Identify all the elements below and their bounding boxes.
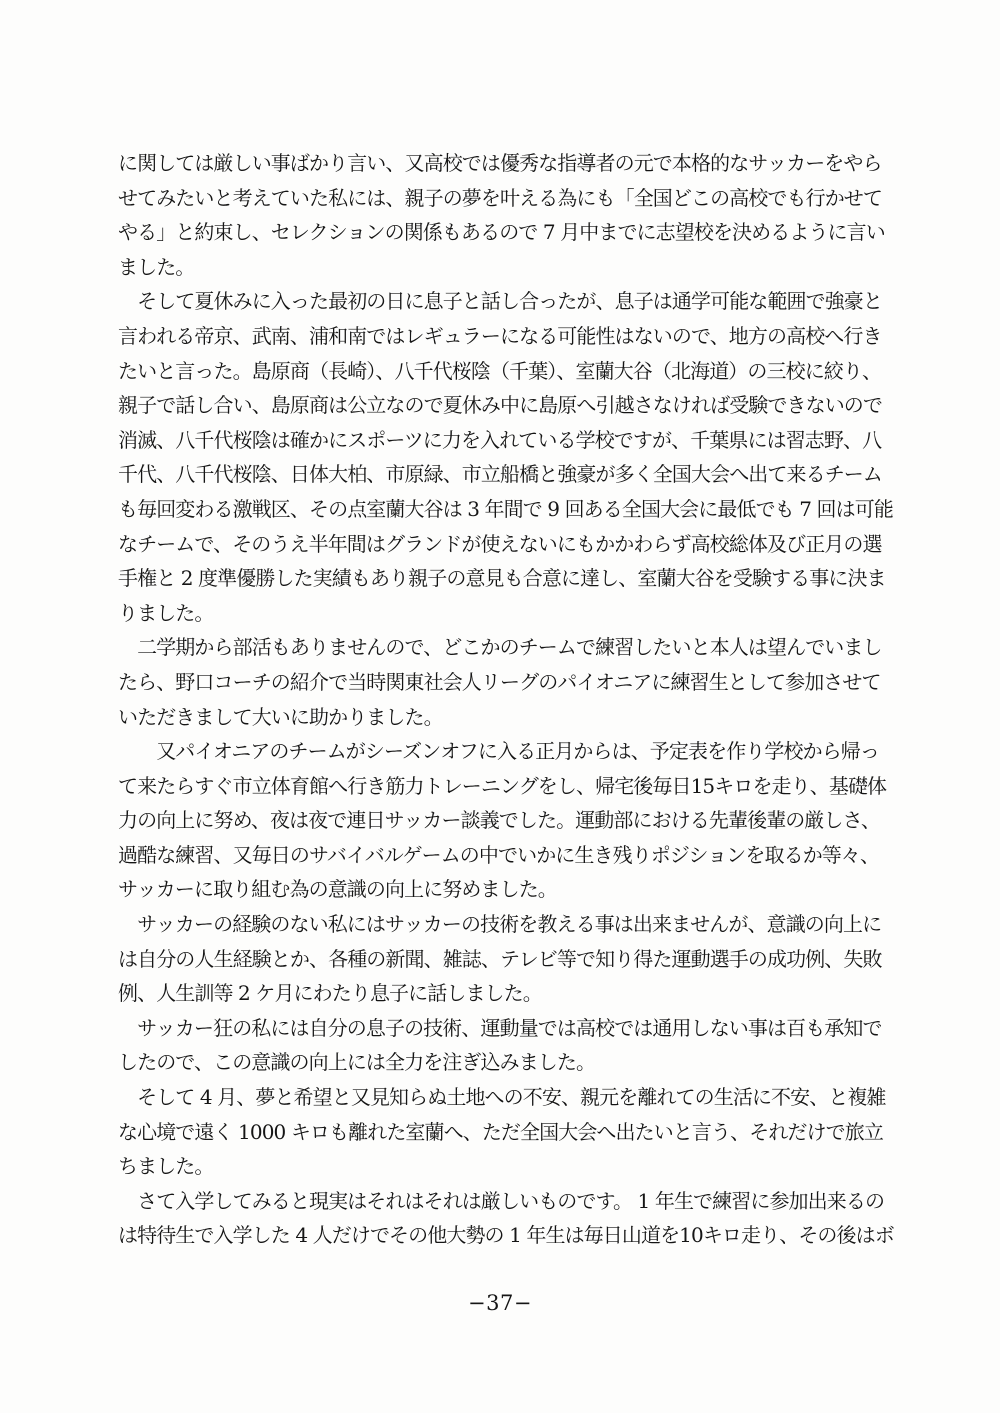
text-line: たいと言った。島原商（長崎）、八千代桜陰（千葉）、室蘭大谷（北海道）の三校に絞り…: [118, 354, 894, 389]
text-line: 例、人生訓等 2 ケ月にわたり息子に話しました。: [118, 976, 894, 1011]
text-line: 又パイオニアのチームがシーズンオフに入る正月からは、予定表を作り学校から帰っ: [118, 734, 894, 769]
text-line: なチームで、そのうえ半年間はグランドが使えないにもかかわらず高校総体及び正月の選: [118, 527, 894, 562]
text-line: な心境で遠く 1000 キロも離れた室蘭へ、ただ全国大会へ出たいと言う、それだけ…: [118, 1115, 894, 1150]
text-line: さて入学してみると現実はそれはそれは厳しいものです。 1 年生で練習に参加出来る…: [118, 1184, 894, 1219]
text-line: したので、この意識の向上には全力を注ぎ込みました。: [118, 1045, 894, 1080]
text-line: サッカーの経験のない私にはサッカーの技術を教える事は出来ませんが、意識の向上に: [118, 907, 894, 942]
text-line: サッカー狂の私には自分の息子の技術、運動量では高校では通用しない事は百も承知で: [118, 1011, 894, 1046]
text-line: 力の向上に努め、夜は夜で連日サッカー談義でした。運動部における先輩後輩の厳しさ、: [118, 803, 894, 838]
body-text: に関しては厳しい事ばかり言い、又高校では優秀な指導者の元で本格的なサッカーをやら…: [118, 146, 894, 1253]
text-line: たら、野口コーチの紹介で当時関東社会人リーグのパイオニアに練習生として参加させて: [118, 665, 894, 700]
text-line: 消滅、八千代桜陰は確かにスポーツに力を入れている学校ですが、千葉県には習志野、八: [118, 423, 894, 458]
text-line: そして 4 月、夢と希望と又見知らぬ土地への不安、親元を離れての生活に不安、と複…: [118, 1080, 894, 1115]
text-line: て来たらすぐ市立体育館へ行き筋力トレーニングをし、帰宅後毎日15キロを走り、基礎…: [118, 769, 894, 804]
text-line: 二学期から部活もありませんので、どこかのチームで練習したいと本人は望んでいまし: [118, 630, 894, 665]
text-line: サッカーに取り組む為の意識の向上に努めました。: [118, 872, 894, 907]
text-line: 過酷な練習、又毎日のサバイバルゲームの中でいかに生き残りポジションを取るか等々、: [118, 838, 894, 873]
text-line: りました。: [118, 596, 894, 631]
document-page: に関しては厳しい事ばかり言い、又高校では優秀な指導者の元で本格的なサッカーをやら…: [0, 0, 1000, 1413]
text-line: は特待生で入学した 4 人だけでその他大勢の 1 年生は毎日山道を10キロ走り、…: [118, 1218, 894, 1253]
text-line: 言われる帝京、武南、浦和南ではレギュラーになる可能性はないので、地方の高校へ行き: [118, 319, 894, 354]
text-line: せてみたいと考えていた私には、親子の夢を叶える為にも「全国どこの高校でも行かせて: [118, 181, 894, 216]
text-line: 千代、八千代桜陰、日体大柏、市原緑、市立船橋と強豪が多く全国大会へ出て来るチーム: [118, 457, 894, 492]
text-line: いただきまして大いに助かりました。: [118, 700, 894, 735]
text-line: は自分の人生経験とか、各種の新聞、雑誌、テレビ等で知り得た運動選手の成功例、失敗: [118, 942, 894, 977]
text-line: そして夏休みに入った最初の日に息子と話し合ったが、息子は通学可能な範囲で強豪と: [118, 284, 894, 319]
text-line: 手権と 2 度準優勝した実績もあり親子の意見も合意に達し、室蘭大谷を受験する事に…: [118, 561, 894, 596]
text-line: ちました。: [118, 1149, 894, 1184]
text-line: ました。: [118, 250, 894, 285]
text-line: に関しては厳しい事ばかり言い、又高校では優秀な指導者の元で本格的なサッカーをやら: [118, 146, 894, 181]
page-number: −37−: [0, 1291, 1000, 1315]
text-line: も毎回変わる激戦区、その点室蘭大谷は 3 年間で 9 回ある全国大会に最低でも …: [118, 492, 894, 527]
text-line: 親子で話し合い、島原商は公立なので夏休み中に島原へ引越さなければ受験できないので: [118, 388, 894, 423]
text-line: やる」と約束し、セレクションの関係もあるので 7 月中までに志望校を決めるように…: [118, 215, 894, 250]
